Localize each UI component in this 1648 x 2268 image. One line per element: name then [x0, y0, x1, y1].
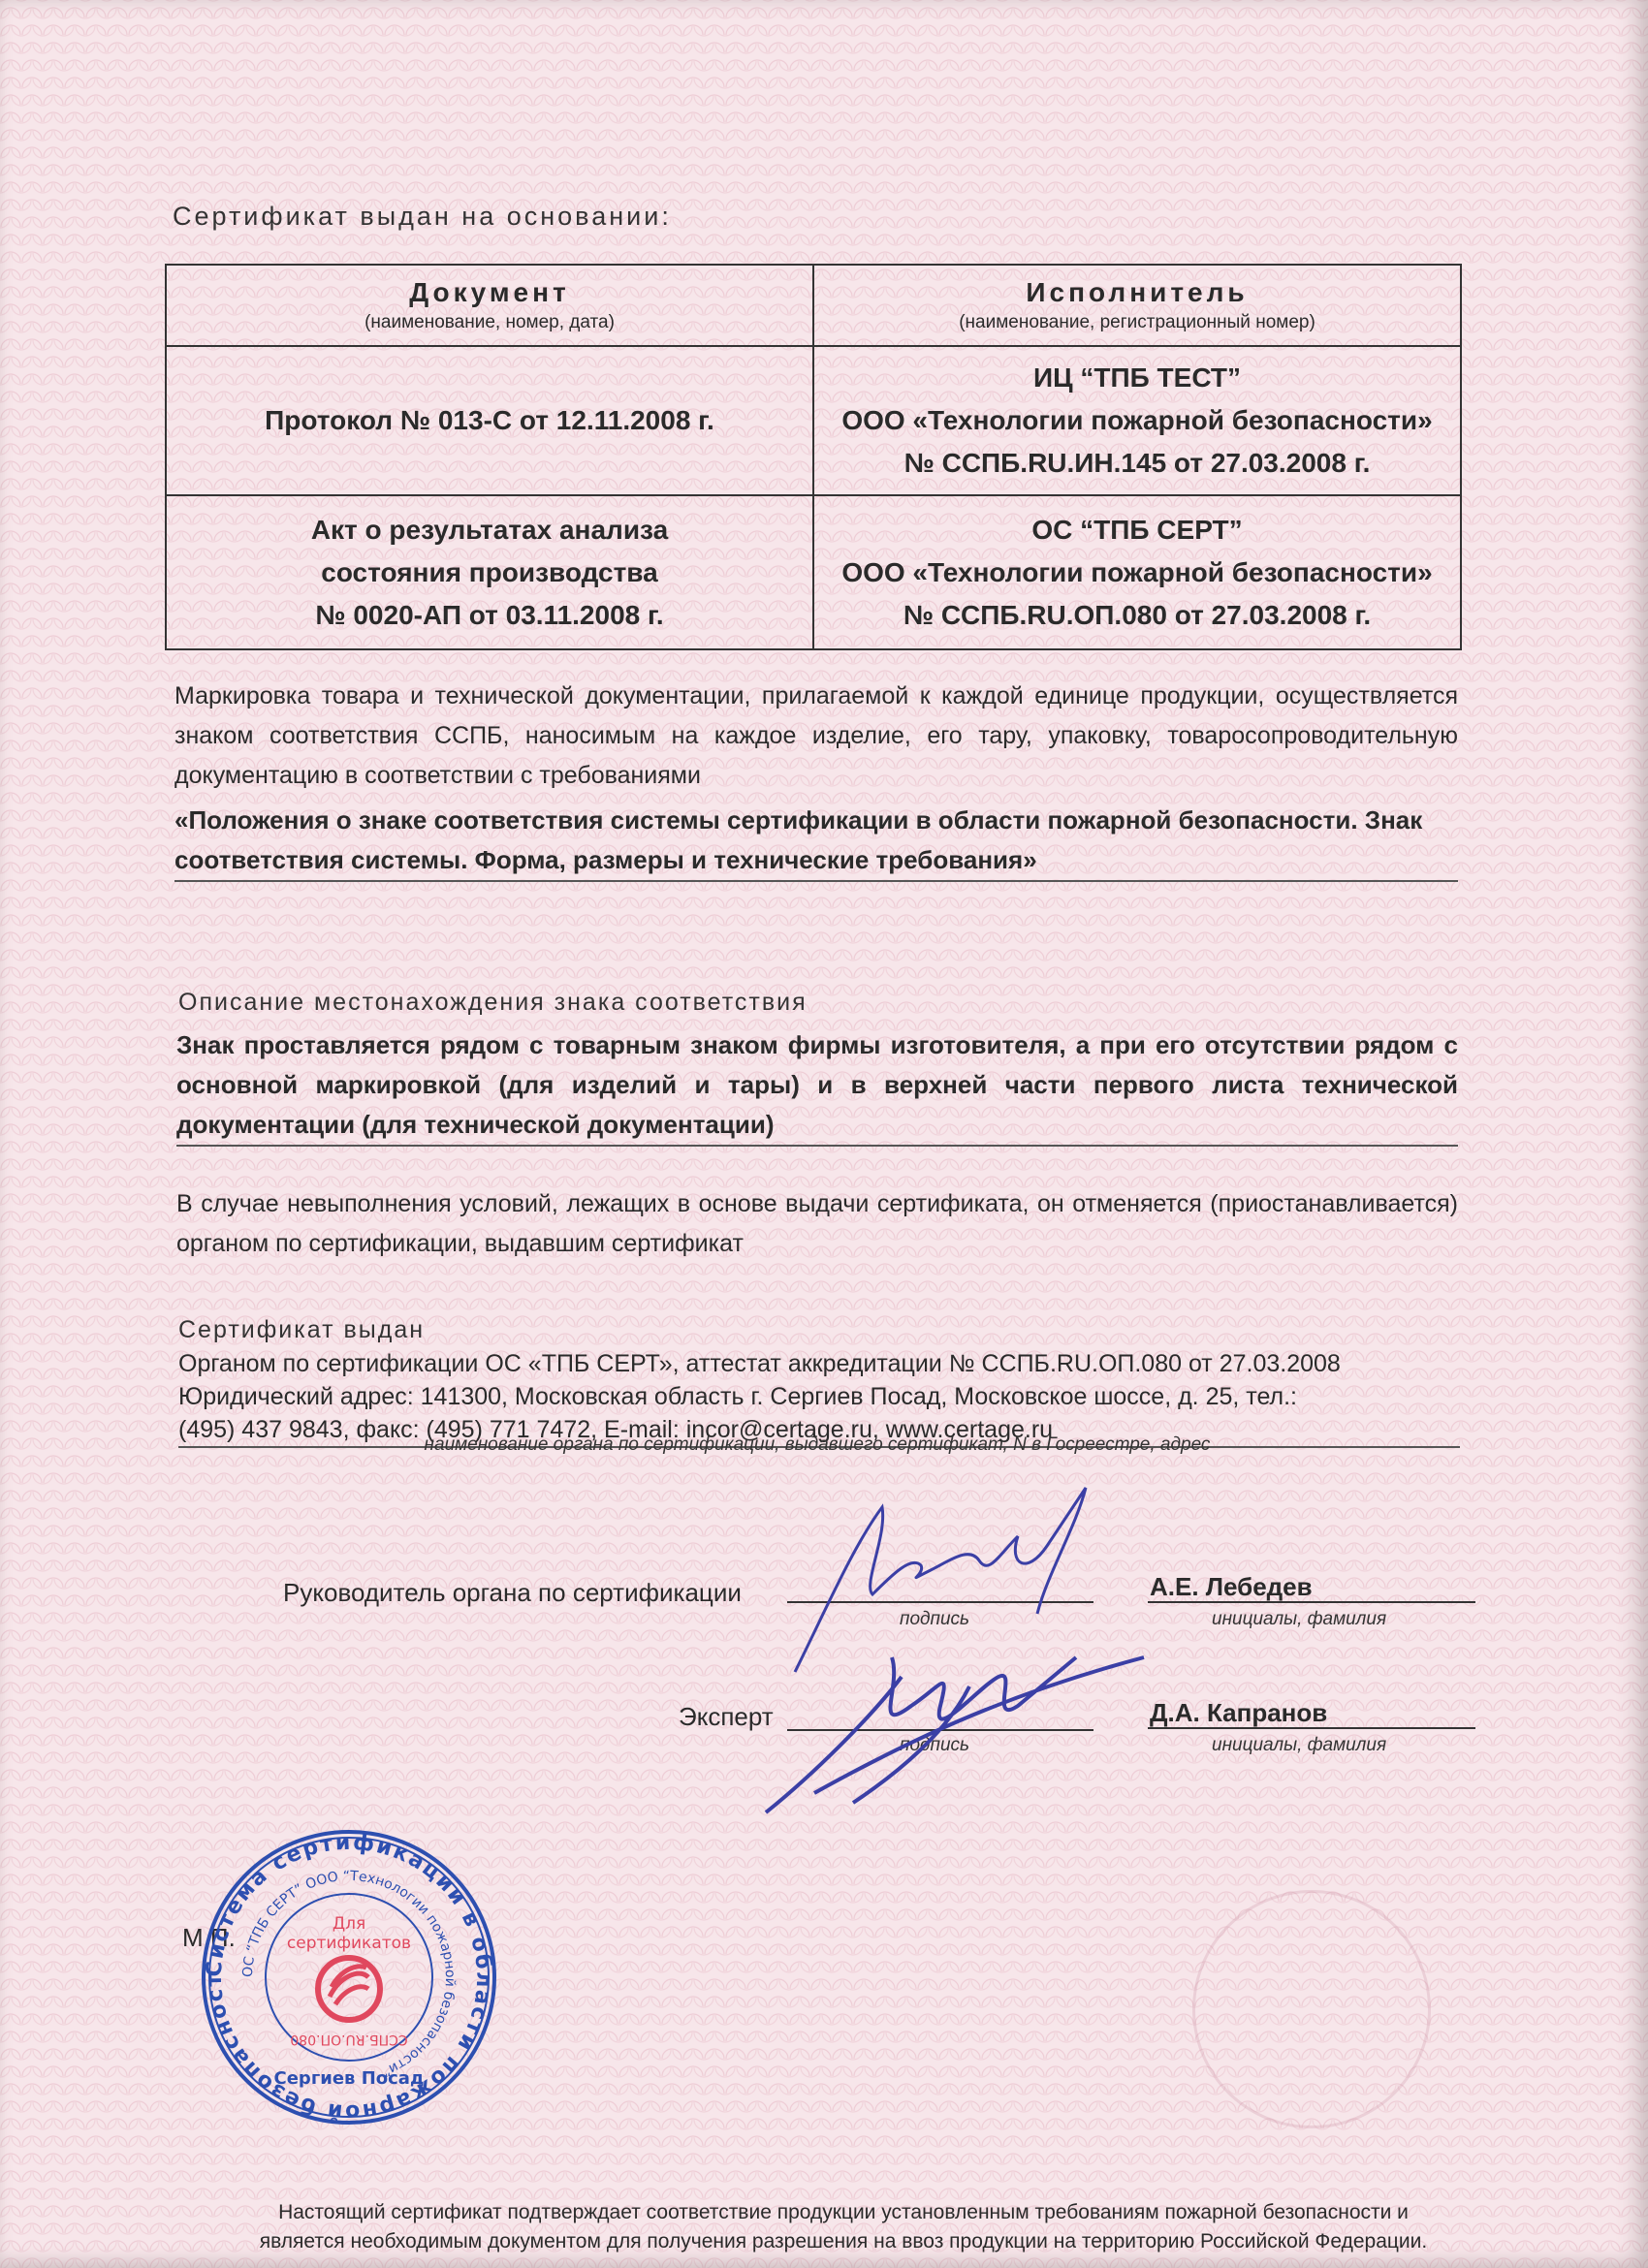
table-header-document: Документ (наименование, номер, дата): [166, 265, 813, 346]
table-row: Протокол № 013-С от 12.11.2008 г. ИЦ “ТП…: [166, 346, 1461, 495]
table-cell-document: Протокол № 013-С от 12.11.2008 г.: [166, 346, 813, 495]
svg-text:Для: Для: [333, 1914, 365, 1934]
location-heading: Описание местонахождения знака соответст…: [178, 989, 808, 1017]
signature-expert-scribble: [756, 1628, 1163, 1822]
marking-requirements: «Положения о знаке соответствия системы …: [174, 801, 1458, 882]
issued-block: Органом по сертификации ОС «ТПБ СЕРТ», а…: [178, 1347, 1460, 1448]
organization-stamp: Система сертификации в области пожарной …: [194, 1822, 504, 2132]
name-caption: инициалы, фамилия: [1212, 1609, 1386, 1630]
issued-caption: наименование органа по сертификации, выд…: [174, 1434, 1460, 1456]
table-row: Акт о результатах анализа состояния прои…: [166, 495, 1461, 649]
ghost-stamp: [1192, 1890, 1431, 2128]
signer-name-expert: Д.А. Капранов: [1150, 1698, 1327, 1728]
footer-note: Настоящий сертификат подтверждает соотве…: [194, 2198, 1493, 2256]
basis-table: Документ (наименование, номер, дата) Исп…: [165, 264, 1462, 650]
issued-heading: Сертификат выдан: [178, 1316, 425, 1344]
revocation-text: В случае невыполнения условий, лежащих в…: [176, 1184, 1458, 1264]
table-cell-executor: ОС “ТПБ СЕРТ” ООО «Технологии пожарной б…: [813, 495, 1461, 649]
svg-text:сертификатов: сертификатов: [287, 1934, 411, 1953]
table-cell-executor: ИЦ “ТПБ ТЕСТ” ООО «Технологии пожарной б…: [813, 346, 1461, 495]
name-caption: инициалы, фамилия: [1212, 1735, 1386, 1756]
name-line: [1148, 1727, 1475, 1729]
signature-role-head: Руководитель органа по сертификации: [283, 1578, 742, 1608]
marking-text: Маркировка товара и технической документ…: [174, 677, 1458, 796]
table-header-executor: Исполнитель (наименование, регистрационн…: [813, 265, 1461, 346]
svg-text:ССПБ.RU.ОП.080: ССПБ.RU.ОП.080: [290, 2032, 407, 2047]
table-cell-document: Акт о результатах анализа состояния прои…: [166, 495, 813, 649]
basis-heading: Сертификат выдан на основании:: [173, 202, 672, 232]
location-text: Знак проставляется рядом с товарным знак…: [176, 1025, 1458, 1147]
svg-text:Сергиев Посад: Сергиев Посад: [274, 2068, 425, 2089]
